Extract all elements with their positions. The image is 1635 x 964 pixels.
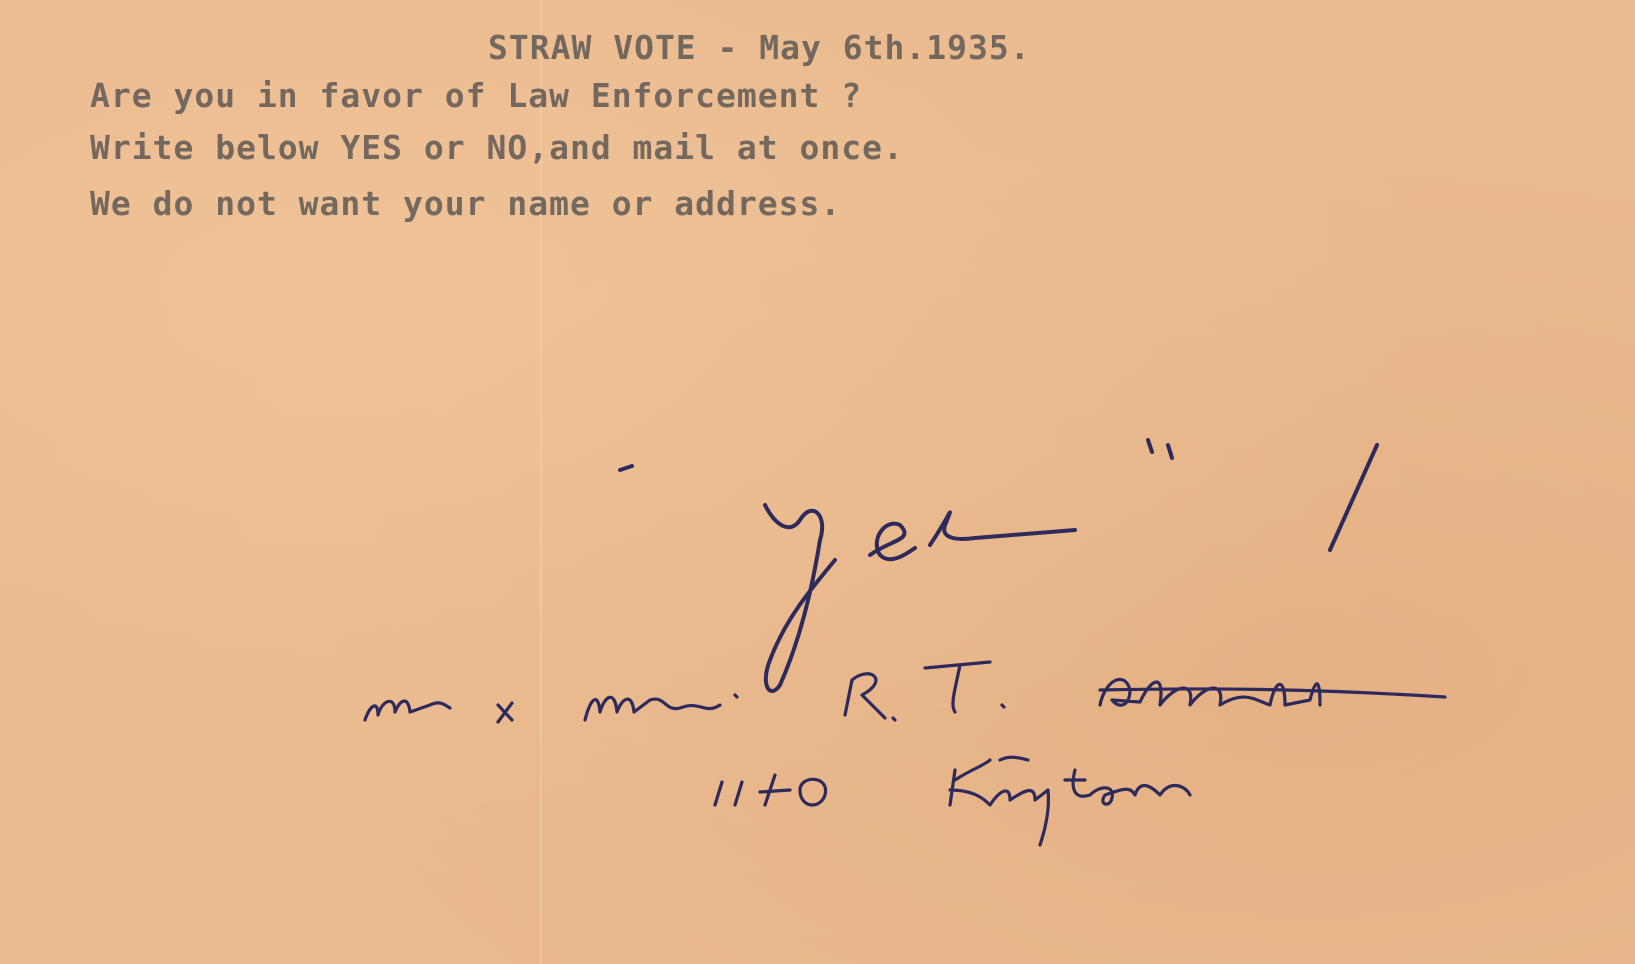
handwritten-answer: "Yes" !	[740, 470, 743, 471]
handwritten-answer-strokes	[0, 0, 1635, 964]
handwritten-address: 1140 Wayton	[715, 770, 722, 771]
straw-vote-postcard: STRAW VOTE - May 6th.1935. Are you in fa…	[0, 0, 1635, 964]
handwritten-name: Mr & Mrs. R. T. Abbott	[360, 680, 372, 681]
